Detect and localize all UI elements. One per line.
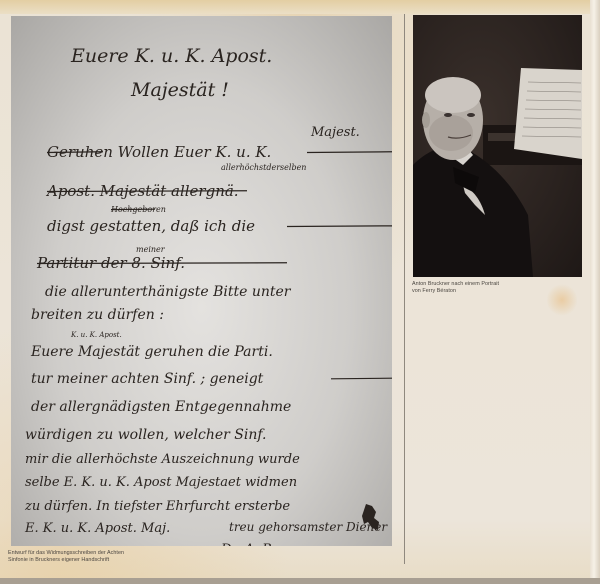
- manuscript-line: selbe E. K. u. K. Apost Majestaet widmen: [25, 475, 297, 490]
- strikethrough-mark: [307, 152, 392, 153]
- sleeve-bottom-edge: [0, 578, 600, 584]
- strikethrough-mark: [47, 191, 247, 192]
- manuscript-line: tur meiner achten Sinf. ; geneigt: [31, 371, 264, 387]
- manuscript-line: Majestät !: [130, 79, 229, 101]
- manuscript-line: Dr. A. Br.: [220, 542, 281, 546]
- handwritten-letter: Euere K. u. K. Apost.Majestät !Majest.Ge…: [11, 16, 392, 546]
- strikethrough-mark: [47, 152, 103, 153]
- portrait-caption: Anton Bruckner nach einem Portrait von F…: [412, 281, 562, 294]
- record-sleeve-back: Euere K. u. K. Apost.Majestät !Majest.Ge…: [0, 0, 600, 584]
- manuscript-line: zu dürfen. In tiefster Ehrfurcht ersterb…: [24, 499, 290, 514]
- strikethrough-mark: [37, 263, 287, 264]
- sheet-music: [514, 68, 582, 159]
- portrait-caption-line-2: von Ferry Bératon: [412, 288, 562, 295]
- manuscript-line: mir die allerhöchste Auszeichnung wurde: [25, 452, 300, 467]
- manuscript-facsimile-photo: Euere K. u. K. Apost.Majestät !Majest.Ge…: [11, 16, 392, 546]
- manuscript-line: der allergnädigsten Entgegennahme: [31, 399, 291, 415]
- portrait-illustration: [413, 15, 582, 277]
- manuscript-line: meiner: [136, 245, 166, 254]
- sleeve-top-band: [0, 0, 600, 14]
- manuscript-line: Euere Majestät geruhen die Parti.: [30, 344, 273, 360]
- manuscript-line: Euere K. u. K. Apost.: [70, 45, 272, 67]
- bruckner-portrait-photo: [413, 15, 582, 277]
- manuscript-caption-line-1: Entwurf für das Widmungsschreiben der Ac…: [8, 550, 208, 557]
- manuscript-line: würdigen zu wollen, welcher Sinf.: [25, 427, 267, 443]
- manuscript-line: Majest.: [310, 125, 360, 140]
- panel-divider: [404, 14, 405, 564]
- sleeve-right-edge: [590, 0, 600, 584]
- paper-stain: [547, 283, 577, 317]
- manuscript-line: digst gestatten, daß ich die: [47, 217, 255, 235]
- manuscript-line: allerhöchstderselben: [221, 163, 306, 172]
- manuscript-line: E. K. u. K. Apost. Maj.: [24, 521, 170, 536]
- manuscript-line: die allerunterthänigste Bitte unter: [45, 284, 292, 300]
- strikethrough-mark: [287, 226, 392, 227]
- strikethrough-mark: [331, 378, 392, 379]
- manuscript-caption: Entwurf für das Widmungsschreiben der Ac…: [8, 550, 208, 563]
- portrait-caption-line-1: Anton Bruckner nach einem Portrait: [412, 281, 562, 288]
- manuscript-line: breiten zu dürfen :: [31, 307, 164, 323]
- manuscript-line: K. u. K. Apost.: [70, 331, 122, 339]
- manuscript-caption-line-2: Sinfonie in Bruckners eigener Handschrif…: [8, 557, 208, 564]
